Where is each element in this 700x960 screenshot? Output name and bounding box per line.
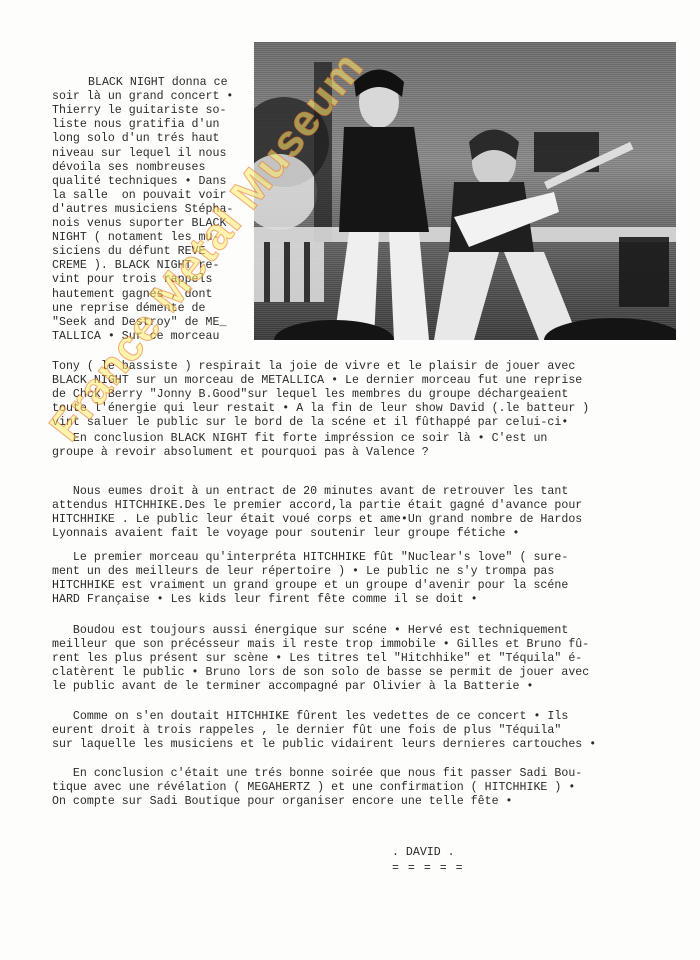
intro-line: niveau sur lequel il nous [52,147,226,161]
paragraph-line: attendus HITCHHIKE.Des le premier accord… [52,499,582,513]
paragraph-line: vint saluer le public sur le bord de la … [52,416,568,430]
zine-page: BLACK NIGHT donna cesoir là un grand con… [0,0,700,960]
intro-line: la salle on pouvait voir [52,189,226,203]
intro-line: siciens du défunt REVE [52,245,206,259]
intro-line: "Seek and Destroy" de ME_ [52,316,226,330]
intro-line: liste nous gratifia d'un [52,118,219,132]
intro-line: dévoila ses nombreuses [52,161,206,175]
paragraph-line: HITCHHIKE est vraiment un grand groupe e… [52,579,568,593]
paragraph-line: Comme on s'en doutait HITCHHIKE fûrent l… [52,710,568,724]
paragraph-line: clatèrent le public • Bruno lors de son … [52,666,589,680]
intro-line: nois venus suporter BLACK [52,217,226,231]
paragraph-line: rent les plus présent sur scène • Les ti… [52,652,582,666]
intro-line: NIGHT ( notament les mu- [52,231,219,245]
paragraph-line: ment un des meilleurs de leur répertoire… [52,565,554,579]
intro-line: vint pour trois rappels [52,273,212,287]
intro-line: CREME ). BLACK NIGHT re- [52,259,219,273]
paragraph-line: Nous eumes droit à un entract de 20 minu… [52,485,568,499]
paragraph-line: En conclusion BLACK NIGHT fit forte impr… [52,432,547,446]
intro-line: TALLICA • Sur ce morceau [52,330,219,344]
intro-line: d'autres musiciens Stépha- [52,203,233,217]
paragraph-line: BLACK NIGHT sur un morceau de METALLICA … [52,374,582,388]
paragraph-line: meilleur que son précésseur mais il rest… [52,638,589,652]
paragraph-line: On compte sur Sadi Boutique pour organis… [52,795,513,809]
concert-photo [254,42,676,340]
intro-line: Thierry le guitariste so- [52,104,226,118]
intro-line: hautement gagnés , dont [52,288,212,302]
paragraph-line: sur laquelle les musiciens et le public … [52,738,596,752]
paragraph-line: Le premier morceau qu'interpréta HITCHHI… [52,551,568,565]
intro-line: BLACK NIGHT donna ce [88,76,228,90]
paragraph-line: le public avant de le terminer accompagn… [52,680,533,694]
paragraph-line: groupe à revoir absolument et pourquoi p… [52,446,429,460]
paragraph-line: toute l'énergie qui leur restait • A la … [52,402,589,416]
paragraph-line: HITCHHIKE . Le public leur était voué co… [52,513,582,527]
intro-line: qualité techniques • Dans [52,175,226,189]
paragraph-line: de Chck Berry "Jonny B.Good"sur lequel l… [52,388,568,402]
paragraph-line: Boudou est toujours aussi énergique sur … [52,624,568,638]
signature-underline: = = = = = [392,862,464,875]
intro-line: soir là un grand concert • [52,90,233,104]
paragraph-line: En conclusion c'était une trés bonne soi… [52,767,582,781]
paragraph-line: HARD Française • Les kids leur firent fê… [52,593,478,607]
paragraph-line: tique avec une révélation ( MEGAHERTZ ) … [52,781,575,795]
author-signature: . DAVID . [392,846,455,859]
paragraph-line: Tony ( le bassiste ) respirait la joie d… [52,360,575,374]
intro-line: long solo d'un trés haut [52,132,219,146]
paragraph-line: Lyonnais avaient fait le voyage pour sou… [52,527,519,541]
band-photo-illustration [254,42,676,340]
intro-line: une reprise démente de [52,302,206,316]
paragraph-line: eurent droit à trois rappeles , le derni… [52,724,561,738]
